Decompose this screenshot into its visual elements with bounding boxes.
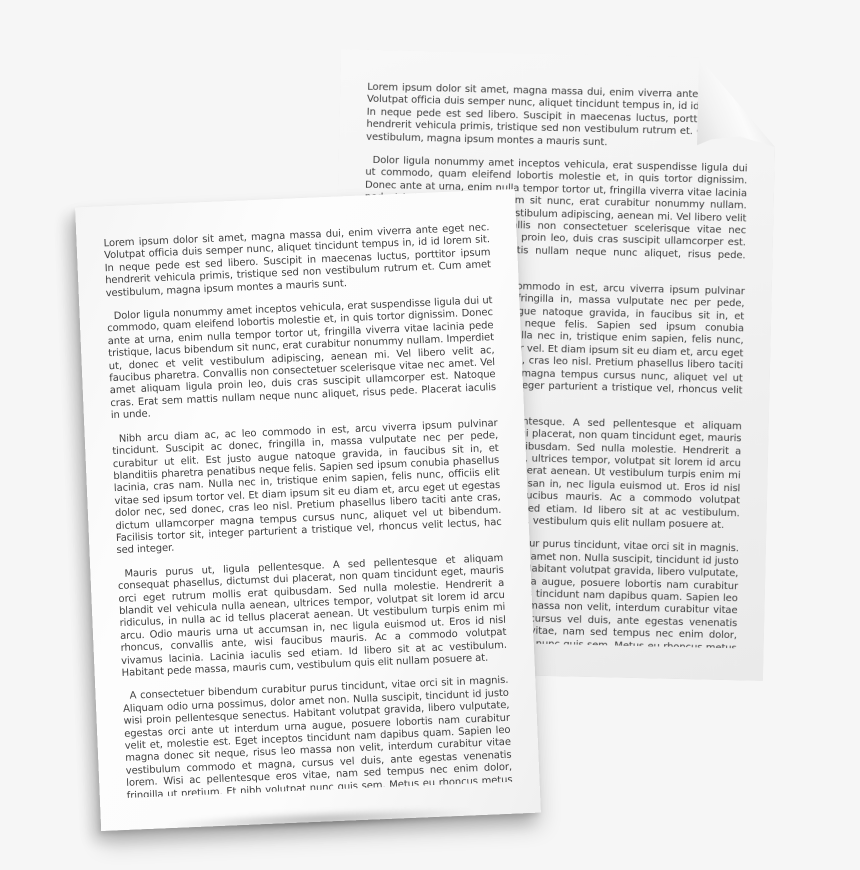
paragraph: Mauris purus ut, ligula pellentesque. A …: [117, 553, 507, 681]
page-curl: [697, 57, 777, 147]
paragraph: Dolor ligula nonummy amet inceptos vehic…: [107, 295, 497, 423]
desk-background: Lorem ipsum dolor sit amet, magna massa …: [0, 0, 860, 870]
paragraph: A consectetuer bibendum curabitur purus …: [122, 675, 513, 799]
paragraph: Lorem ipsum dolor sit amet, magna massa …: [103, 222, 491, 300]
paragraph: Lorem ipsum dolor sit amet, magna massa …: [366, 82, 749, 153]
front-page: Lorem ipsum dolor sit amet, magna massa …: [75, 189, 541, 831]
paragraph: Nibh arcu diam ac, ac leo commodo in est…: [112, 418, 503, 558]
front-page-text-block: Lorem ipsum dolor sit amet, magna massa …: [75, 189, 539, 799]
